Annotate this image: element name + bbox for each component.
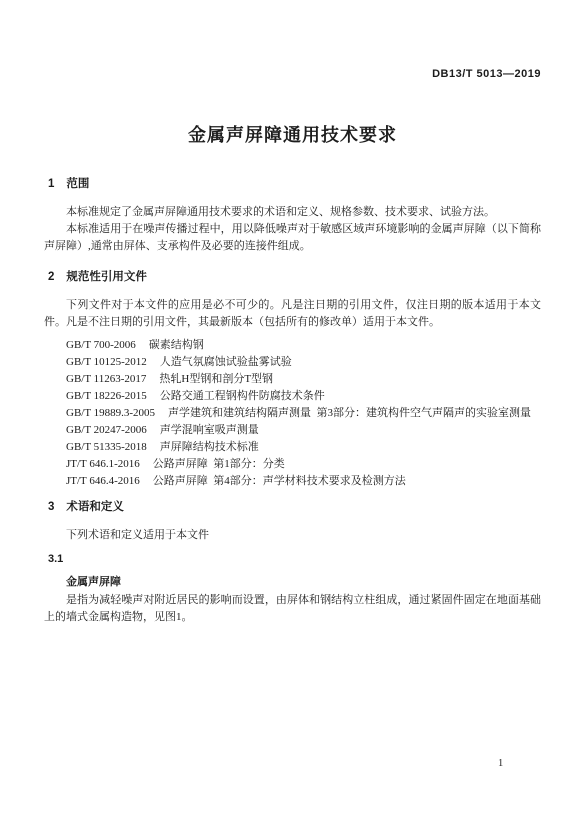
reference-item: JT/T 646.4-2016公路声屏障 第4部分：声学材料技术要求及检测方法 [44, 473, 541, 490]
reference-code: GB/T 20247-2006 [66, 424, 147, 436]
section-2-heading: 2规范性引用文件 [48, 269, 541, 285]
term-title: 金属声屏障 [44, 574, 541, 590]
reference-item: JT/T 646.1-2016公路声屏障 第1部分：分类 [44, 456, 541, 473]
reference-item: GB/T 11263-2017热轧H型钢和剖分T型钢 [44, 371, 541, 388]
reference-title: 公路声屏障 第1部分：分类 [153, 458, 285, 470]
page-number: 1 [498, 757, 503, 771]
reference-title: 声屏障结构技术标准 [160, 441, 259, 453]
reference-item: GB/T 51335-2018声屏障结构技术标准 [44, 439, 541, 456]
reference-title: 人造气氛腐蚀试验盐雾试验 [160, 356, 292, 368]
subclause-3-1-number: 3.1 [48, 551, 541, 567]
reference-title: 公路声屏障 第4部分：声学材料技术要求及检测方法 [153, 475, 406, 487]
reference-title: 声学建筑和建筑结构隔声测量 第3部分：建筑构件空气声隔声的实验室测量 [168, 407, 531, 419]
reference-code: GB/T 700-2006 [66, 339, 136, 351]
reference-title: 热轧H型钢和剖分T型钢 [159, 373, 273, 385]
section-1-number: 1 [48, 178, 54, 190]
reference-title: 碳素结构钢 [149, 339, 204, 351]
reference-code: GB/T 19889.3-2005 [66, 407, 155, 419]
reference-code: GB/T 51335-2018 [66, 441, 147, 453]
reference-code: GB/T 18226-2015 [66, 390, 147, 402]
section-1-paragraph-1: 本标准规定了金属声屏障通用技术要求的术语和定义、规格参数、技术要求、试验方法。 [44, 204, 541, 221]
section-3-intro: 下列术语和定义适用于本文件 [44, 527, 541, 544]
reference-item: GB/T 700-2006碳素结构钢 [44, 337, 541, 354]
reference-item: GB/T 19889.3-2005声学建筑和建筑结构隔声测量 第3部分：建筑构件… [44, 405, 541, 422]
term-definition: 是指为减轻噪声对附近居民的影响而设置，由屏体和钢结构立柱组成，通过紧固件固定在地… [44, 592, 541, 626]
section-3-heading: 3术语和定义 [48, 499, 541, 515]
reference-code: JT/T 646.1-2016 [66, 458, 140, 470]
section-3-number: 3 [48, 501, 54, 513]
normative-references-list: GB/T 700-2006碳素结构钢 GB/T 10125-2012人造气氛腐蚀… [44, 337, 541, 490]
reference-item: GB/T 10125-2012人造气氛腐蚀试验盐雾试验 [44, 354, 541, 371]
reference-item: GB/T 18226-2015公路交通工程钢构件防腐技术条件 [44, 388, 541, 405]
section-3-title: 术语和定义 [66, 501, 124, 513]
section-2-number: 2 [48, 271, 54, 283]
reference-title: 公路交通工程钢构件防腐技术条件 [160, 390, 325, 402]
document-page: DB13/T 5013—2019 金属声屏障通用技术要求 1范围 本标准规定了金… [0, 0, 583, 814]
reference-code: JT/T 646.4-2016 [66, 475, 140, 487]
section-1-title: 范围 [66, 178, 89, 190]
standard-code-header: DB13/T 5013—2019 [44, 68, 541, 81]
section-2-title: 规范性引用文件 [66, 271, 147, 283]
reference-code: GB/T 10125-2012 [66, 356, 147, 368]
section-1-paragraph-2: 本标准适用于在噪声传播过程中，用以降低噪声对于敏感区域声环境影响的金属声屏障（以… [44, 221, 541, 255]
section-1-heading: 1范围 [48, 176, 541, 192]
reference-title: 声学混响室吸声测量 [160, 424, 259, 436]
reference-item: GB/T 20247-2006声学混响室吸声测量 [44, 422, 541, 439]
document-title: 金属声屏障通用技术要求 [44, 125, 541, 145]
section-2-intro: 下列文件对于本文件的应用是必不可少的。凡是注日期的引用文件，仅注日期的版本适用于… [44, 297, 541, 331]
reference-code: GB/T 11263-2017 [66, 373, 146, 385]
